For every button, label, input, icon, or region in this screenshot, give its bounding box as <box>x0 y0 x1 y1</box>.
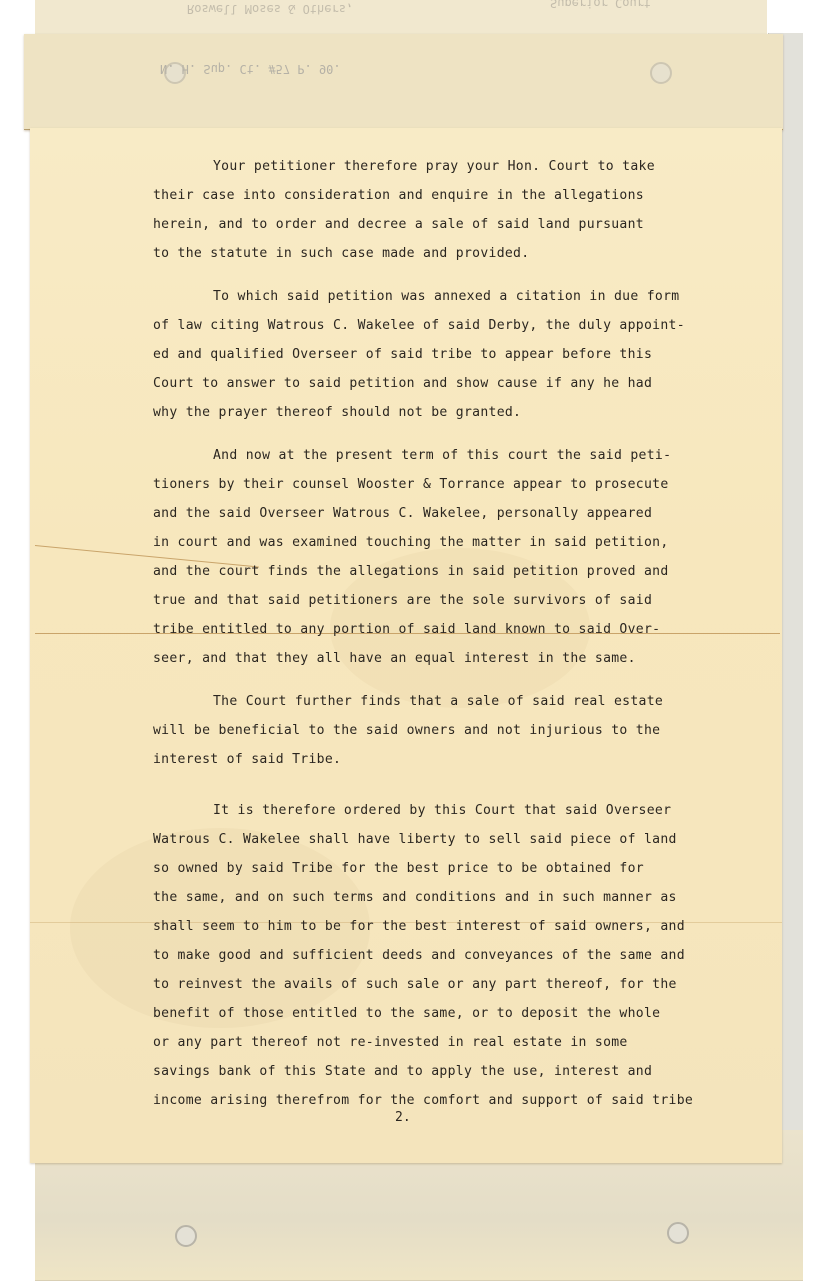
text-line: their case into consideration and enquir… <box>153 181 738 210</box>
text-line: Watrous C. Wakelee shall have liberty to… <box>153 825 738 854</box>
mirrored-flap-text: N. H. Sup. Ct. #57 P. 90. <box>160 62 341 76</box>
text-line: so owned by said Tribe for the best pric… <box>153 854 738 883</box>
text-line: savings bank of this State and to apply … <box>153 1057 738 1086</box>
page-number: 2. <box>395 1110 411 1125</box>
paragraph-citation: To which said petition was annexed a cit… <box>153 282 738 427</box>
text-line: in court and was examined touching the m… <box>153 528 738 557</box>
folded-flap <box>24 34 783 130</box>
text-line: And now at the present term of this cour… <box>153 441 738 470</box>
text-line: or any part thereof not re-invested in r… <box>153 1028 738 1057</box>
text-line: to reinvest the avails of such sale or a… <box>153 970 738 999</box>
text-line: why the prayer thereof should not be gra… <box>153 398 738 427</box>
text-line: To which said petition was annexed a cit… <box>153 282 738 311</box>
text-line: Your petitioner therefore pray your Hon.… <box>153 152 738 181</box>
mirrored-caption-left: Roswell Moses & Others, <box>187 2 353 16</box>
text-line: herein, and to order and decree a sale o… <box>153 210 738 239</box>
text-line: interest of said Tribe. <box>153 745 738 774</box>
text-line: to the statute in such case made and pro… <box>153 239 738 268</box>
text-line: to make good and sufficient deeds and co… <box>153 941 738 970</box>
paragraph-hearing: And now at the present term of this cour… <box>153 441 738 673</box>
text-line: tioners by their counsel Wooster & Torra… <box>153 470 738 499</box>
mirrored-caption-right: Superior Court <box>550 0 651 10</box>
text-line: seer, and that they all have an equal in… <box>153 644 738 673</box>
punch-hole-icon <box>667 1222 689 1244</box>
text-line: and the said Overseer Watrous C. Wakelee… <box>153 499 738 528</box>
paragraph-prayer: Your petitioner therefore pray your Hon.… <box>153 152 738 268</box>
text-line: It is therefore ordered by this Court th… <box>153 796 738 825</box>
text-line: benefit of those entitled to the same, o… <box>153 999 738 1028</box>
text-line: will be beneficial to the said owners an… <box>153 716 738 745</box>
document-body: Your petitioner therefore pray your Hon.… <box>153 152 738 1115</box>
punch-hole-icon <box>175 1225 197 1247</box>
text-line: ed and qualified Overseer of said tribe … <box>153 340 738 369</box>
text-line: tribe entitled to any portion of said la… <box>153 615 738 644</box>
text-line: the same, and on such terms and conditio… <box>153 883 738 912</box>
text-line: and the court finds the allegations in s… <box>153 557 738 586</box>
paragraph-finding: The Court further finds that a sale of s… <box>153 687 738 774</box>
text-line: of law citing Watrous C. Wakelee of said… <box>153 311 738 340</box>
text-line: shall seem to him to be for the best int… <box>153 912 738 941</box>
text-line: true and that said petitioners are the s… <box>153 586 738 615</box>
text-line: Court to answer to said petition and sho… <box>153 369 738 398</box>
text-line: income arising therefrom for the comfort… <box>153 1086 738 1115</box>
punch-hole-icon <box>650 62 672 84</box>
paragraph-order: It is therefore ordered by this Court th… <box>153 796 738 1115</box>
text-line: The Court further finds that a sale of s… <box>153 687 738 716</box>
